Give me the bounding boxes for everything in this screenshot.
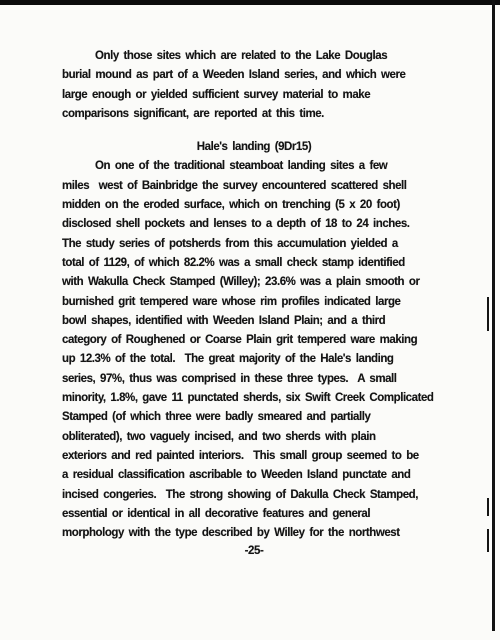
scan-edge-top xyxy=(0,0,500,5)
text-line: with Wakulla Check Stamped (Willey); 23.… xyxy=(62,273,446,292)
text-line: incised congeries. The strong showing of… xyxy=(62,486,446,505)
text-line: disclosed shell pockets and lenses to a … xyxy=(62,215,446,234)
text-line: large enough or yielded sufficient surve… xyxy=(62,86,446,105)
text-line: category of Roughened or Coarse Plain gr… xyxy=(62,331,446,350)
text-line: up 12.3% of the total. The great majorit… xyxy=(62,350,446,369)
scan-mark xyxy=(487,498,489,516)
intro-paragraph: Only those sites which are related to th… xyxy=(62,47,446,124)
scan-edge-right xyxy=(492,0,495,631)
body-paragraph: On one of the traditional steamboat land… xyxy=(62,157,446,543)
text-line: The study series of potsherds from this … xyxy=(62,235,446,254)
text-line: burnished grit tempered ware whose rim p… xyxy=(62,293,446,312)
text-line: obliterated), two vaguely incised, and t… xyxy=(62,428,446,447)
text-line: exteriors and red painted interiors. Thi… xyxy=(62,447,446,466)
text-line: morphology with the type described by Wi… xyxy=(62,524,446,543)
page-text-block: Only those sites which are related to th… xyxy=(62,47,446,561)
text-line: essential or identical in all decorative… xyxy=(62,505,446,524)
text-line: On one of the traditional steamboat land… xyxy=(62,157,446,176)
text-line: a residual classification ascribable to … xyxy=(62,466,446,485)
section-heading: Hale's landing (9Dr15) xyxy=(62,138,446,157)
scan-mark xyxy=(487,529,489,552)
text-line: burial mound as part of a Weeden Island … xyxy=(62,66,446,85)
text-line: miles west of Bainbridge the survey enco… xyxy=(62,177,446,196)
scanned-document-page: Only those sites which are related to th… xyxy=(0,0,500,640)
scan-mark xyxy=(487,297,489,331)
text-line: bowl shapes, identified with Weeden Isla… xyxy=(62,312,446,331)
text-line: Stamped (of which three were badly smear… xyxy=(62,408,446,427)
text-line: comparisons significant, are reported at… xyxy=(62,105,446,124)
text-line: minority, 1.8%, gave 11 punctated sherds… xyxy=(62,389,446,408)
page-number: -25- xyxy=(62,542,446,561)
text-line: series, 97%, thus was comprised in these… xyxy=(62,370,446,389)
text-line: total of 1129, of which 82.2% was a smal… xyxy=(62,254,446,273)
text-line: Only those sites which are related to th… xyxy=(62,47,446,66)
text-line: midden on the eroded surface, which on t… xyxy=(62,196,446,215)
